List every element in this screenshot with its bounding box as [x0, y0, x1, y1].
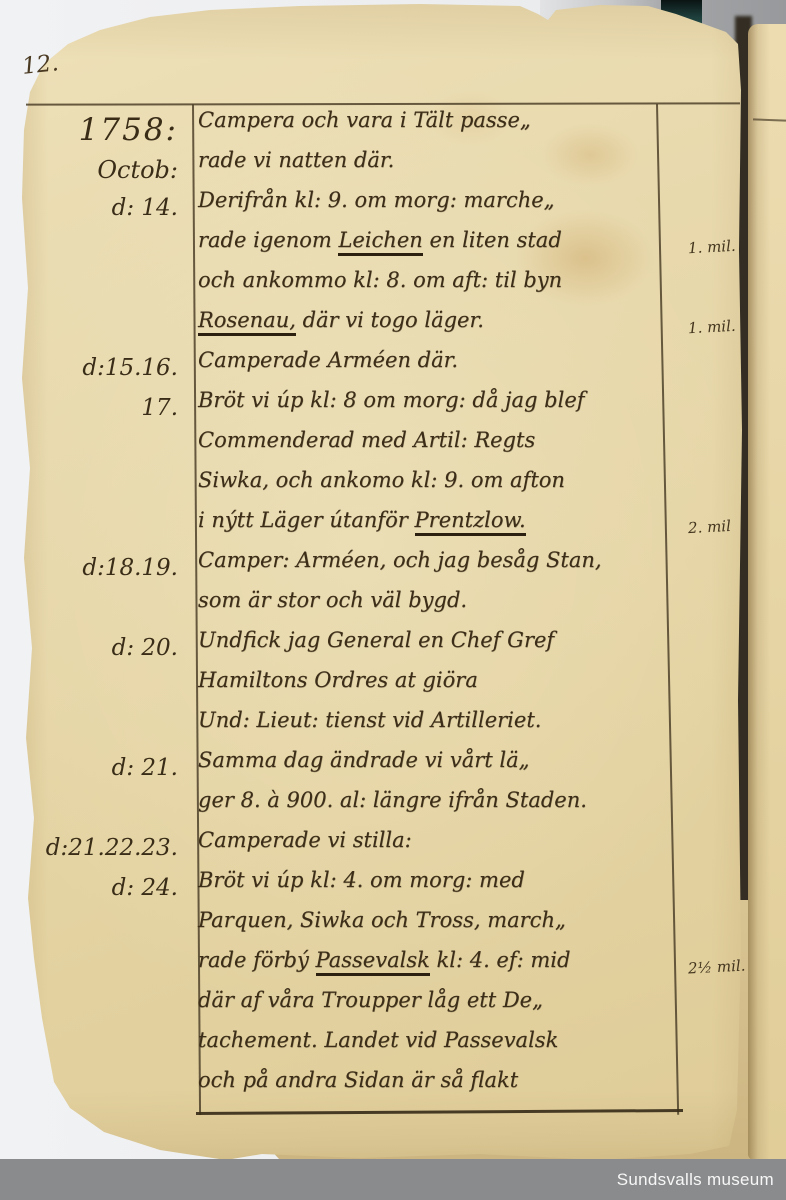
- text-segment: en liten stad: [423, 228, 562, 252]
- entry-date-line: d: 21.: [30, 748, 178, 788]
- scanned-manuscript-page: 12. 1758:Octob:Campera och vara i Tält p…: [0, 0, 786, 1200]
- journal-entry: d:15.16.Camperade Arméen där.: [30, 348, 662, 388]
- manuscript-line: rade vi natten där.: [198, 148, 662, 188]
- entry-date: 1758:Octob:: [30, 108, 190, 188]
- manuscript-line: Commenderad med Artil: Regts: [198, 428, 662, 468]
- text-segment: rade vi natten där.: [198, 148, 394, 172]
- entry-date-line: d:18.19.: [30, 548, 178, 588]
- entry-lines: Camperade vi stilla:: [190, 828, 662, 868]
- text-segment: Bröt vi úp kl: 4. om morg: med: [198, 868, 525, 892]
- entry-date-line: d:21.22.23.: [30, 828, 178, 868]
- manuscript-line: där af våra Troupper låg ett De„: [198, 988, 662, 1028]
- manuscript-line: rade förbý Passevalsk kl: 4. ef: mid: [198, 948, 662, 988]
- entry-lines: Campera och vara i Tält passe„rade vi na…: [190, 108, 662, 188]
- text-segment: Camperade Arméen där.: [198, 348, 458, 372]
- entry-date: d: 14.: [30, 188, 190, 228]
- journal-entry: d: 20.Undfick jag General en Chef GrefHa…: [30, 628, 662, 748]
- entry-lines: Derifrån kl: 9. om morg: marche„rade ige…: [190, 188, 662, 348]
- margin-mile-note: 2. mil: [688, 517, 732, 537]
- text-segment: Hamiltons Ordres at giöra: [198, 668, 478, 692]
- manuscript-line: Camperade Arméen där.: [198, 348, 662, 388]
- text-segment: Samma dag ändrade vi vårt lä„: [198, 748, 530, 772]
- entry-date: 17.: [30, 388, 190, 428]
- text-segment: Campera och vara i Tält passe„: [198, 108, 531, 132]
- entry-date-line: d: 20.: [30, 628, 178, 668]
- text-segment: Bröt vi úp kl: 8 om morg: då jag blef: [198, 388, 585, 412]
- journal-entry: d: 14.Derifrån kl: 9. om morg: marche„ra…: [30, 188, 662, 348]
- manuscript-line: ger 8. à 900. al: längre ifrån Staden.: [198, 788, 662, 828]
- text-segment: kl: 4. ef: mid: [430, 948, 571, 972]
- manuscript-line: Camper: Arméen, och jag besåg Stan,: [198, 548, 662, 588]
- margin-mile-note: 1. mil.: [688, 237, 737, 257]
- text-segment: Derifrån kl: 9. om morg: marche„: [198, 188, 555, 212]
- text-segment: där af våra Troupper låg ett De„: [198, 988, 543, 1012]
- manuscript-line: Undfick jag General en Chef Gref: [198, 628, 662, 668]
- museum-credit-text: Sundsvalls museum: [617, 1170, 774, 1190]
- underlined-place-name: Prentzlow.: [415, 508, 526, 536]
- text-segment: och på andra Sidan är så flakt: [198, 1068, 518, 1092]
- margin-mile-note: 2½ mil.: [688, 957, 746, 978]
- manuscript-line: Siwka, och ankomo kl: 9. om afton: [198, 468, 662, 508]
- manuscript-line: Bröt vi úp kl: 4. om morg: med: [198, 868, 662, 908]
- entry-date: d:15.16.: [30, 348, 190, 388]
- entry-date: d: 21.: [30, 748, 190, 788]
- entry-lines: Bröt vi úp kl: 4. om morg: medParquen, S…: [190, 868, 662, 1108]
- margin-mile-note: 1. mil.: [688, 317, 737, 337]
- entry-lines: Samma dag ändrade vi vårt lä„ger 8. à 90…: [190, 748, 662, 828]
- text-segment: Siwka, och ankomo kl: 9. om afton: [198, 468, 565, 492]
- manuscript-line: Parquen, Siwka och Tross, march„: [198, 908, 662, 948]
- manuscript-line: tachement. Landet vid Passevalsk: [198, 1028, 662, 1068]
- entry-date: d:21.22.23.: [30, 828, 190, 868]
- text-segment: där vi togo läger.: [296, 308, 484, 332]
- manuscript-line: Hamiltons Ordres at giöra: [198, 668, 662, 708]
- text-segment: rade igenom: [198, 228, 338, 252]
- manuscript-line: som är stor och väl bygd.: [198, 588, 662, 628]
- journal-entry: 1758:Octob:Campera och vara i Tält passe…: [30, 108, 662, 188]
- text-segment: som är stor och väl bygd.: [198, 588, 467, 612]
- page-number: 12.: [21, 50, 60, 80]
- entry-lines: Camper: Arméen, och jag besåg Stan,som ä…: [190, 548, 662, 628]
- manuscript-line: Camperade vi stilla:: [198, 828, 662, 868]
- journal-entry: 17.Bröt vi úp kl: 8 om morg: då jag blef…: [30, 388, 662, 548]
- text-segment: i nýtt Läger útanför: [198, 508, 415, 532]
- text-segment: Und: Lieut: tienst vid Artilleriet.: [198, 708, 541, 732]
- text-segment: och ankommo kl: 8. om aft: til byn: [198, 268, 562, 292]
- manuscript-line: Rosenau, där vi togo läger.: [198, 308, 662, 348]
- underlined-place-name: Rosenau,: [198, 308, 296, 336]
- text-segment: tachement. Landet vid Passevalsk: [198, 1028, 558, 1052]
- entry-date: d: 20.: [30, 628, 190, 668]
- entry-date-line: d: 14.: [30, 188, 178, 228]
- manuscript-line: Derifrån kl: 9. om morg: marche„: [198, 188, 662, 228]
- entry-date-line: d: 24.: [30, 868, 178, 908]
- museum-credit-bar: Sundsvalls museum: [0, 1159, 786, 1200]
- manuscript-line: Und: Lieut: tienst vid Artilleriet.: [198, 708, 662, 748]
- manuscript-line: Samma dag ändrade vi vårt lä„: [198, 748, 662, 788]
- next-page-edge: [748, 24, 786, 1160]
- underlined-place-name: Leichen: [338, 228, 422, 256]
- entry-date: d:18.19.: [30, 548, 190, 588]
- underlined-place-name: Passevalsk: [316, 948, 430, 976]
- manuscript-line: rade igenom Leichen en liten stad: [198, 228, 662, 268]
- text-segment: Camper: Arméen, och jag besåg Stan,: [198, 548, 602, 572]
- text-segment: Camperade vi stilla:: [198, 828, 412, 852]
- entry-lines: Camperade Arméen där.: [190, 348, 662, 388]
- text-segment: Commenderad med Artil: Regts: [198, 428, 535, 452]
- text-segment: Undfick jag General en Chef Gref: [198, 628, 554, 652]
- entry-date-line: 17.: [30, 388, 178, 428]
- text-segment: ger 8. à 900. al: längre ifrån Staden.: [198, 788, 587, 812]
- manuscript-line: Bröt vi úp kl: 8 om morg: då jag blef: [198, 388, 662, 428]
- text-segment: Parquen, Siwka och Tross, march„: [198, 908, 566, 932]
- text-segment: rade förbý: [198, 948, 316, 972]
- journal-entry: d: 21.Samma dag ändrade vi vårt lä„ger 8…: [30, 748, 662, 828]
- entry-date: d: 24.: [30, 868, 190, 908]
- manuscript-line: och ankommo kl: 8. om aft: til byn: [198, 268, 662, 308]
- entry-date-line: 1758:: [30, 108, 178, 152]
- journal-entry: d: 24.Bröt vi úp kl: 4. om morg: medParq…: [30, 868, 662, 1108]
- manuscript-line: i nýtt Läger útanför Prentzlow.: [198, 508, 662, 548]
- journal-entry: d:21.22.23.Camperade vi stilla:: [30, 828, 662, 868]
- entry-date-line: d:15.16.: [30, 348, 178, 388]
- entry-lines: Undfick jag General en Chef GrefHamilton…: [190, 628, 662, 748]
- manuscript-line: Campera och vara i Tält passe„: [198, 108, 662, 148]
- entry-lines: Bröt vi úp kl: 8 om morg: då jag blefCom…: [190, 388, 662, 548]
- manuscript-line: och på andra Sidan är så flakt: [198, 1068, 662, 1108]
- entry-date-line: Octob:: [30, 152, 178, 188]
- journal-entries: 1758:Octob:Campera och vara i Tält passe…: [30, 108, 662, 1114]
- journal-entry: d:18.19.Camper: Arméen, och jag besåg St…: [30, 548, 662, 628]
